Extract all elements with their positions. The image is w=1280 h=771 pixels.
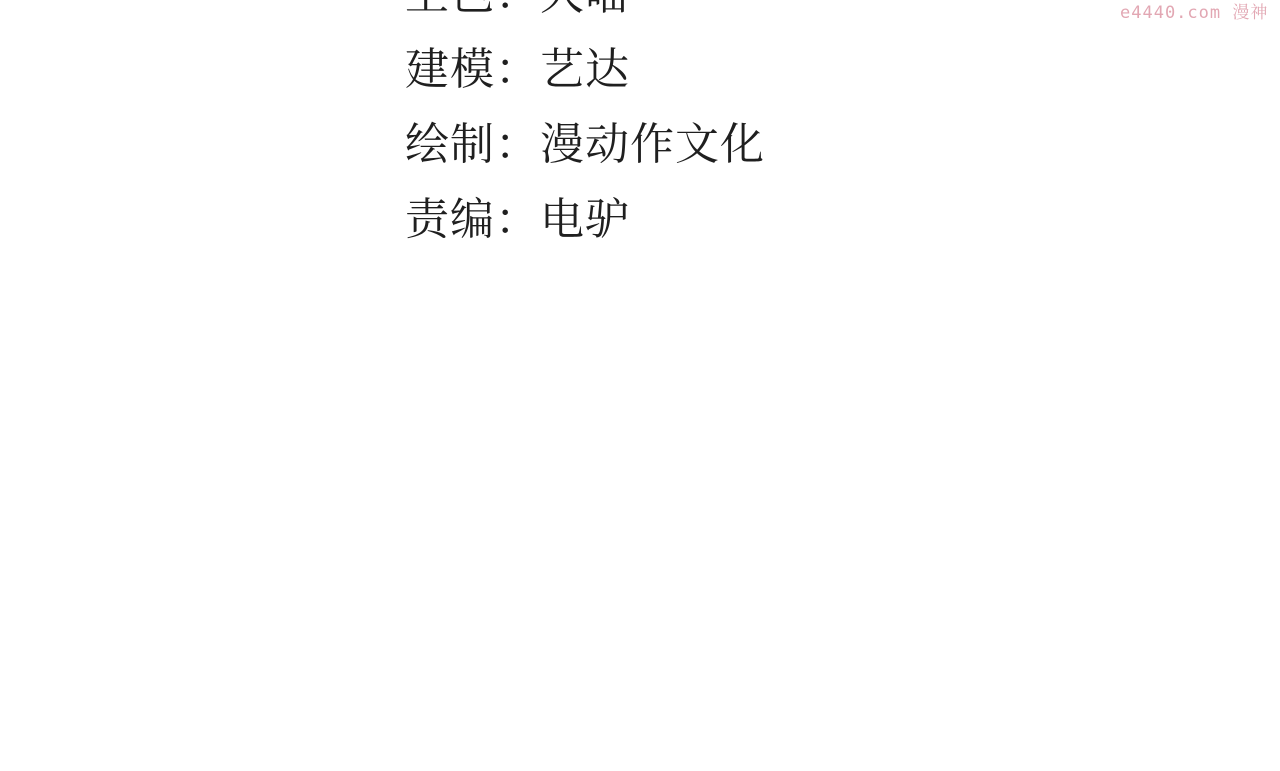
comic-credits-page: 上色：大喵 建模：艺达 绘制：漫动作文化 责编：电驴 e4440.com 漫神 [0,0,1280,771]
credit-line-coloring: 上色：大喵 [405,0,765,32]
credit-line-drawing: 绘制：漫动作文化 [405,107,765,182]
credit-line-modeling: 建模：艺达 [405,32,765,107]
credit-line-editor: 责编：电驴 [405,182,765,257]
site-watermark: e4440.com 漫神 [1120,3,1268,23]
credits-block: 上色：大喵 建模：艺达 绘制：漫动作文化 责编：电驴 [405,0,765,257]
